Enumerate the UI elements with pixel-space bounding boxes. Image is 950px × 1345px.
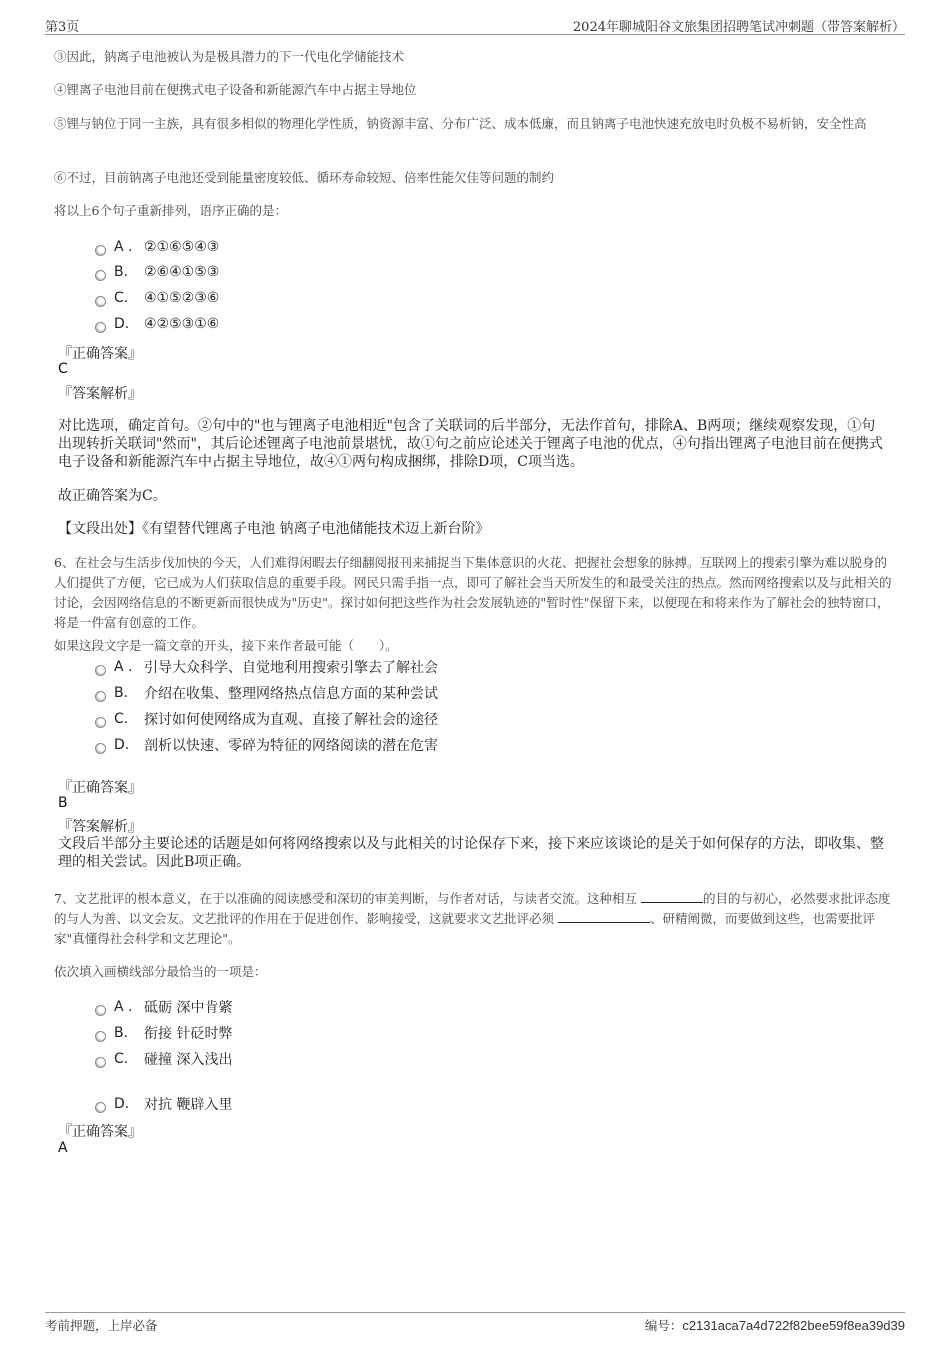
option-text: 砥砺 深中肯綮 xyxy=(144,997,232,1017)
analysis-label: 『答案解析』 xyxy=(58,816,142,836)
sentence-6: ⑥不过，目前钠离子电池还受到能量密度较低、循环寿命较短、倍率性能欠佳等问题的制约 xyxy=(54,168,894,188)
q7-stem: 7、文艺批评的根本意义，在于以准确的阅读感受和深切的审美判断，与作者对话，与读者… xyxy=(54,889,896,949)
document-code: 编号：c2131aca7a4d722f82bee59f8ea39d39 xyxy=(645,1316,905,1334)
option-letter: D. xyxy=(114,316,144,332)
q5-option-b[interactable]: B. ②⑥④①⑤③ xyxy=(95,261,219,283)
radio-icon[interactable] xyxy=(95,665,106,676)
q7-option-c[interactable]: C. 碰撞 深入浅出 xyxy=(95,1048,232,1070)
analysis-label: 『答案解析』 xyxy=(58,383,142,403)
q5-option-d[interactable]: D. ④②⑤③①⑥ xyxy=(95,313,219,335)
option-letter: D. xyxy=(114,737,144,753)
page-footer: 考前押题，上岸必备 编号：c2131aca7a4d722f82bee59f8ea… xyxy=(45,1312,905,1333)
q6-prompt: 如果这段文字是一篇文章的开头，接下来作者最可能（ ）。 xyxy=(54,636,894,656)
option-letter: B. xyxy=(114,264,144,280)
option-text: ②⑥④①⑤③ xyxy=(144,264,219,280)
correct-answer: C xyxy=(58,361,68,377)
option-text: 碰撞 深入浅出 xyxy=(144,1049,232,1069)
page-header: 第3页 2024年聊城阳谷文旅集团招聘笔试冲刺题（带答案解析） xyxy=(45,14,905,35)
option-letter: A . xyxy=(114,659,144,675)
analysis-text: 文段后半部分主要论述的话题是如何将网络搜索以及与此相关的讨论保存下来，接下来应该… xyxy=(58,835,888,871)
option-letter: A . xyxy=(114,239,144,255)
q7-prompt: 依次填入画横线部分最恰当的一项是： xyxy=(54,962,894,982)
q7-option-b[interactable]: B. 衔接 针砭时弊 xyxy=(95,1022,232,1044)
correct-answer: A xyxy=(58,1140,68,1156)
radio-icon[interactable] xyxy=(95,296,106,307)
correct-answer-label: 『正确答案』 xyxy=(58,777,142,797)
radio-icon[interactable] xyxy=(95,1005,106,1016)
blank-2 xyxy=(558,910,650,923)
radio-icon[interactable] xyxy=(95,270,106,281)
code-value: c2131aca7a4d722f82bee59f8ea39d39 xyxy=(682,1318,905,1333)
option-letter: C. xyxy=(114,711,144,727)
source-citation: 【文段出处】《有望替代锂离子电池 钠离子电池储能技术迈上新台阶》 xyxy=(58,520,898,538)
document-title: 2024年聊城阳谷文旅集团招聘笔试冲刺题（带答案解析） xyxy=(573,16,905,35)
radio-icon[interactable] xyxy=(95,245,106,256)
radio-icon[interactable] xyxy=(95,691,106,702)
blank-1 xyxy=(641,890,703,903)
correct-answer-label: 『正确答案』 xyxy=(58,343,142,363)
footer-slogan: 考前押题，上岸必备 xyxy=(45,1316,158,1334)
q5-option-a[interactable]: A . ②①⑥⑤④③ xyxy=(95,236,219,258)
radio-icon[interactable] xyxy=(95,322,106,333)
q6-option-b[interactable]: B. 介绍在收集、整理网络热点信息方面的某种尝试 xyxy=(95,682,438,704)
option-text: 对抗 鞭辟入里 xyxy=(144,1094,232,1114)
q6-option-d[interactable]: D. 剖析以快速、零碎为特征的网络阅读的潜在危害 xyxy=(95,734,438,756)
correct-answer-label: 『正确答案』 xyxy=(58,1121,142,1141)
option-text: 探讨如何使网络成为直观、直接了解社会的途径 xyxy=(144,709,438,729)
conclusion-text: 故正确答案为C。 xyxy=(58,487,898,505)
sentence-3: ③因此，钠离子电池被认为是极具潜力的下一代电化学储能技术 xyxy=(54,47,894,67)
q5-option-c[interactable]: C. ④①⑤②③⑥ xyxy=(95,287,219,309)
option-text: ②①⑥⑤④③ xyxy=(144,239,219,255)
code-label: 编号： xyxy=(645,1318,683,1333)
option-letter: A . xyxy=(114,999,144,1015)
option-text: ④②⑤③①⑥ xyxy=(144,316,219,332)
q7-option-d[interactable]: D. 对抗 鞭辟入里 xyxy=(95,1093,232,1115)
option-letter: B. xyxy=(114,1025,144,1041)
question-prompt: 将以上6个句子重新排列，语序正确的是： xyxy=(54,201,894,221)
radio-icon[interactable] xyxy=(95,743,106,754)
option-text: 介绍在收集、整理网络热点信息方面的某种尝试 xyxy=(144,683,438,703)
q6-stem: 6、在社会与生活步伐加快的今天，人们难得闲暇去仔细翻阅报刊来捕捉当下集体意识的火… xyxy=(54,553,894,633)
radio-icon[interactable] xyxy=(95,1057,106,1068)
q6-option-c[interactable]: C. 探讨如何使网络成为直观、直接了解社会的途径 xyxy=(95,708,438,730)
q7-stem-part1: 7、文艺批评的根本意义，在于以准确的阅读感受和深切的审美判断，与作者对话，与读者… xyxy=(54,891,637,906)
q7-option-a[interactable]: A . 砥砺 深中肯綮 xyxy=(95,996,232,1018)
sentence-4: ④锂离子电池目前在便携式电子设备和新能源汽车中占据主导地位 xyxy=(54,80,894,100)
sentence-5: ⑤锂与钠位于同一主族，具有很多相似的物理化学性质，钠资源丰富、分布广泛、成本低廉… xyxy=(54,114,889,134)
option-text: ④①⑤②③⑥ xyxy=(144,290,219,306)
option-letter: C. xyxy=(114,290,144,306)
option-text: 引导大众科学、自觉地利用搜索引擎去了解社会 xyxy=(144,657,438,677)
page-number: 第3页 xyxy=(45,16,79,35)
radio-icon[interactable] xyxy=(95,1031,106,1042)
correct-answer: B xyxy=(58,795,68,811)
option-letter: B. xyxy=(114,685,144,701)
analysis-text: 对比选项，确定首句。②句中的"也与锂离子电池相近"包含了关联词的后半部分，无法作… xyxy=(58,417,888,471)
q6-option-a[interactable]: A . 引导大众科学、自觉地利用搜索引擎去了解社会 xyxy=(95,656,438,678)
radio-icon[interactable] xyxy=(95,717,106,728)
option-text: 衔接 针砭时弊 xyxy=(144,1023,232,1043)
option-letter: D. xyxy=(114,1096,144,1112)
option-letter: C. xyxy=(114,1051,144,1067)
option-text: 剖析以快速、零碎为特征的网络阅读的潜在危害 xyxy=(144,735,438,755)
radio-icon[interactable] xyxy=(95,1102,106,1113)
